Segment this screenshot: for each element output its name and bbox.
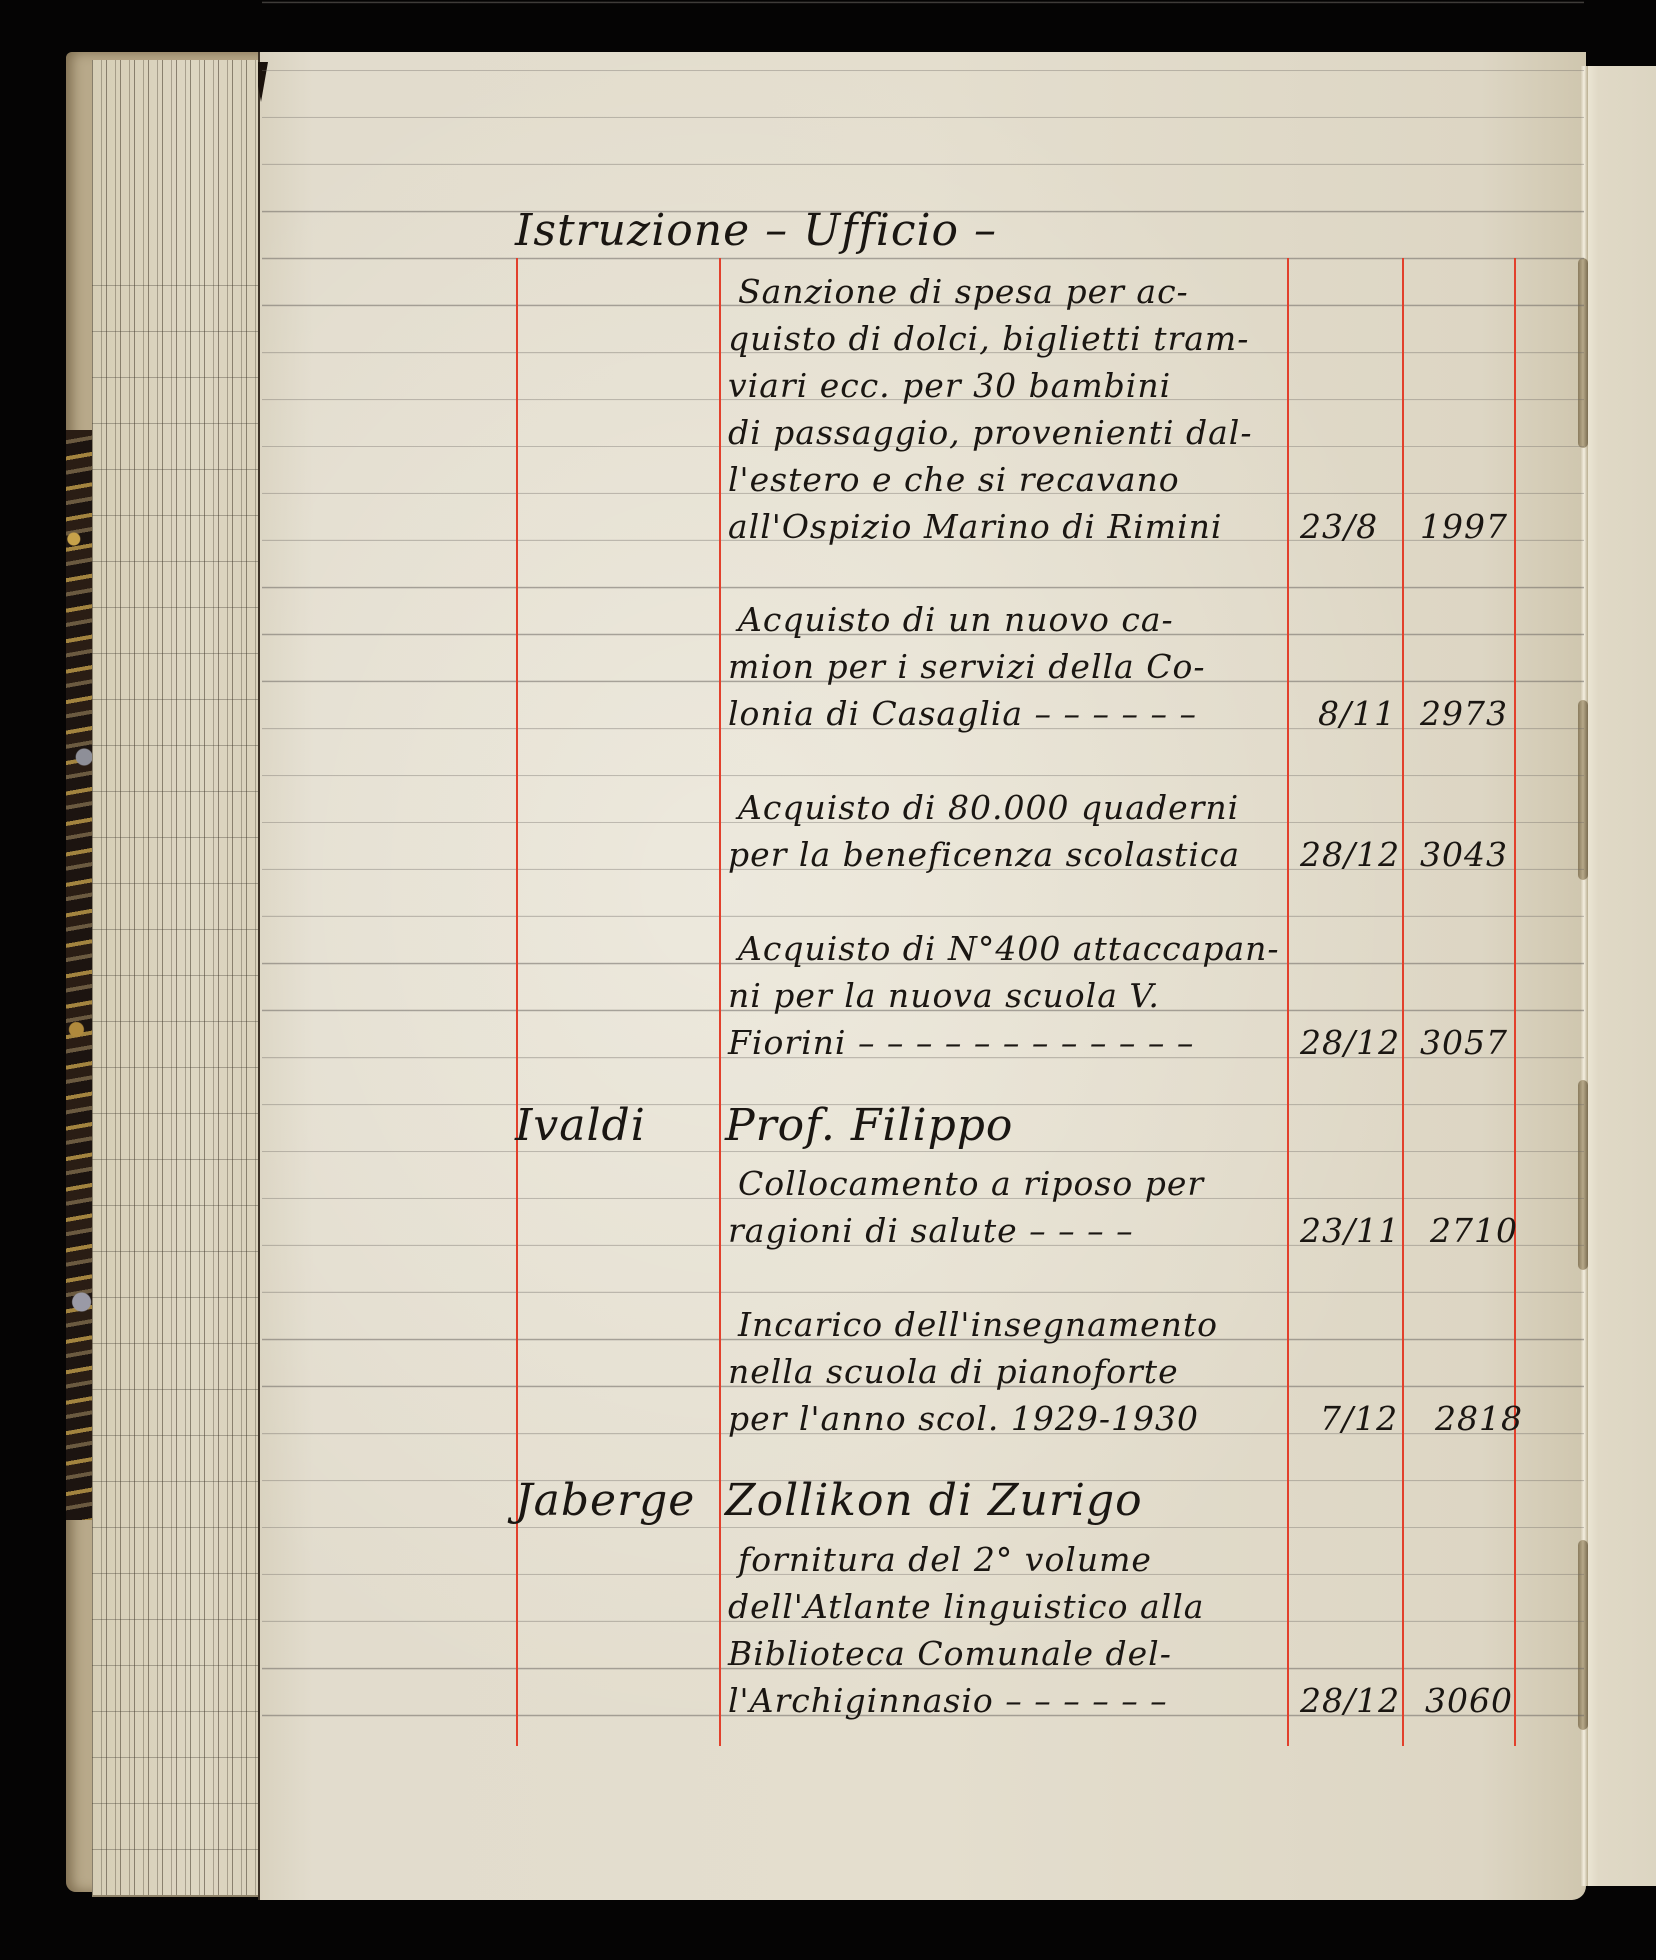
entry-text-line: fornitura del 2° volume — [738, 1540, 1152, 1579]
entry-text-line: lonia di Casaglia – – – – – – — [728, 694, 1197, 733]
entry-number: 2710 — [1430, 1211, 1518, 1250]
entry-date: 23/8 — [1300, 507, 1378, 546]
entry-text-line: viari ecc. per 30 bambini — [728, 366, 1171, 405]
entry-text-line: Acquisto di un nuovo ca- — [738, 600, 1174, 639]
entry-text-line: Sanzione di spesa per ac- — [738, 272, 1189, 311]
entry-date: 28/12 — [1300, 1681, 1400, 1720]
red-rule-subject-margin — [719, 258, 721, 1746]
entry-given-name: Zollikon di Zurigo — [725, 1475, 1143, 1526]
entry-text-line: per la beneficenza scolastica — [728, 835, 1240, 874]
entry-number: 3043 — [1420, 835, 1508, 874]
entry-number: 1997 — [1420, 507, 1508, 546]
entry-surname: Jaberge — [515, 1475, 695, 1526]
marbled-cover-edge — [66, 430, 92, 1520]
entry-given-name: Prof. Filippo — [725, 1100, 1013, 1151]
page-heading: Istruzione – Ufficio – — [515, 205, 997, 256]
entry-text-line: nella scuola di pianoforte — [728, 1352, 1179, 1391]
entry-text-line: mion per i servizi della Co- — [728, 647, 1205, 686]
entry-text-line: Biblioteca Comunale del- — [728, 1634, 1172, 1673]
entry-number: 3057 — [1420, 1023, 1508, 1062]
entry-date: 28/12 — [1300, 835, 1400, 874]
entry-text-line: ni per la nuova scuola V. — [728, 976, 1160, 1015]
entry-text-line: per l'anno scol. 1929-1930 — [728, 1399, 1199, 1438]
entry-text-line: ragioni di salute – – – – — [728, 1211, 1134, 1250]
entry-text-line: l'estero e che si recavano — [728, 460, 1180, 499]
entry-text-line: dell'Atlante linguistico alla — [728, 1587, 1204, 1626]
entry-text-line: Acquisto di 80.000 quaderni — [738, 788, 1239, 827]
facing-page — [1584, 66, 1656, 1886]
entry-date: 7/12 — [1320, 1399, 1398, 1438]
entry-surname: Ivaldi — [515, 1100, 646, 1151]
entry-text-line: Acquisto di N°400 attaccapan- — [738, 929, 1280, 968]
entry-text-line: quisto di dolci, biglietti tram- — [728, 319, 1249, 358]
entry-date: 23/11 — [1300, 1211, 1400, 1250]
entry-text-line: Fiorini – – – – – – – – – – – – — [728, 1023, 1194, 1062]
entry-text-line: Incarico dell'insegnamento — [738, 1305, 1218, 1344]
entry-text-line: di passaggio, provenienti dal- — [728, 413, 1253, 452]
entry-date: 8/11 — [1318, 694, 1396, 733]
entry-number: 2818 — [1435, 1399, 1523, 1438]
red-rule-date-column — [1287, 258, 1289, 1746]
page-edge-rulings — [92, 240, 262, 1880]
entry-text-line: l'Archiginnasio – – – – – – — [728, 1681, 1168, 1720]
entry-date: 28/12 — [1300, 1023, 1400, 1062]
entry-number: 2973 — [1420, 694, 1508, 733]
red-rule-right-margin — [1514, 258, 1516, 1746]
red-rule-number-column — [1402, 258, 1404, 1746]
entry-number: 3060 — [1425, 1681, 1513, 1720]
entry-text-line: all'Ospizio Marino di Rimini — [728, 507, 1222, 546]
entry-text-line: Collocamento a riposo per — [738, 1164, 1204, 1203]
